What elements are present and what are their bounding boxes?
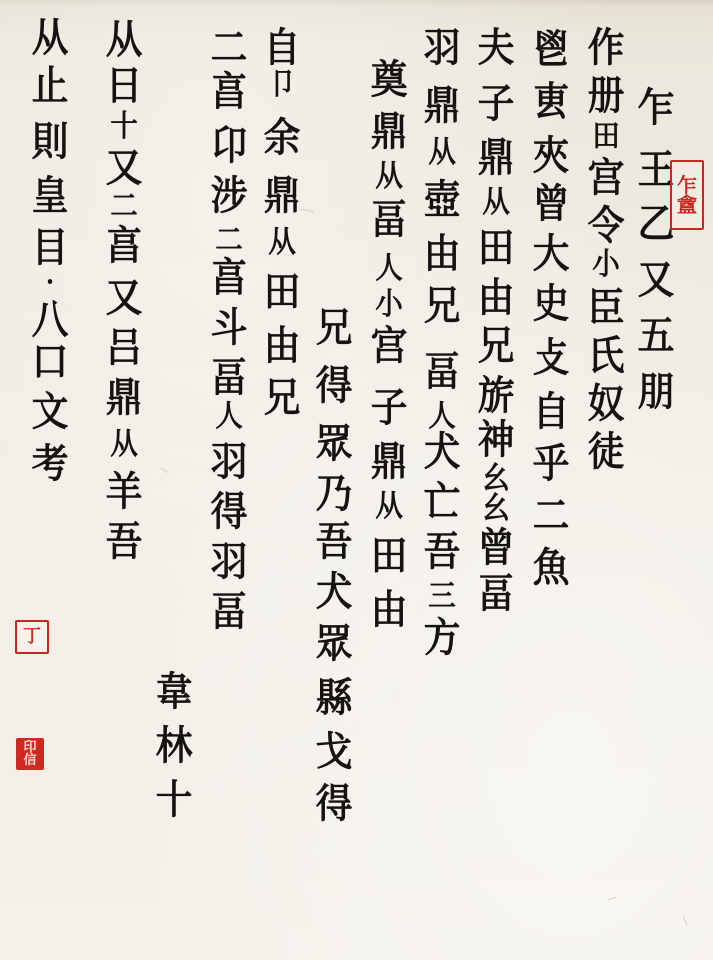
glyph: 羽: [424, 28, 461, 68]
glyph: 旂: [478, 376, 515, 416]
glyph: 二: [533, 496, 570, 536]
glyph: 兄: [316, 308, 353, 348]
glyph: 小: [592, 250, 620, 280]
glyph: 斗: [211, 308, 248, 348]
glyph: 二: [211, 28, 248, 68]
glyph: 从: [375, 162, 403, 192]
seal-character: 乍: [677, 175, 697, 195]
glyph: 亡: [424, 482, 461, 522]
glyph: 由: [478, 278, 515, 318]
glyph: 則: [32, 122, 69, 162]
glyph: 小: [375, 290, 403, 320]
glyph: 畐: [211, 358, 248, 398]
glyph: 乍: [638, 88, 675, 128]
glyph: 子: [478, 84, 515, 124]
glyph: 人: [375, 254, 403, 284]
text-column-6: 奠 鼎 从 畐 人 小 宫 子 鼎 从 田 由: [365, 60, 413, 630]
glyph: 亯: [211, 72, 248, 112]
glyph: 人: [215, 402, 243, 432]
glyph: 大: [533, 234, 570, 274]
glyph: 亯: [106, 226, 143, 266]
glyph: 由: [371, 590, 408, 630]
glyph: 乃: [316, 474, 353, 514]
glyph: 羊: [106, 472, 143, 512]
glyph: 日: [106, 66, 143, 106]
glyph: 鬯: [533, 30, 570, 70]
glyph: 由: [424, 234, 461, 274]
paper-fiber: [608, 897, 616, 901]
glyph: 王: [638, 150, 675, 190]
glyph: 畐: [371, 200, 408, 240]
text-column-2: 作 册 田 宫 令 小 臣 氏 奴 徒: [582, 28, 630, 472]
glyph: 吾: [316, 522, 353, 562]
glyph: 吕: [106, 328, 143, 368]
glyph: 亯: [211, 258, 248, 298]
glyph: 徒: [588, 432, 625, 472]
glyph: 册: [588, 76, 625, 116]
glyph: 由: [264, 326, 301, 366]
glyph: 奠: [371, 60, 408, 100]
glyph: 田: [371, 536, 408, 576]
seal-top-right: 乍 盦: [670, 160, 704, 230]
glyph: 夫: [478, 28, 515, 68]
glyph: 鼎: [264, 176, 301, 216]
glyph: 从: [482, 188, 510, 218]
glyph: 卬: [211, 126, 248, 166]
glyph: 兄: [424, 286, 461, 326]
glyph: 作: [588, 28, 625, 68]
glyph: 从: [106, 20, 143, 60]
glyph: 叀: [533, 82, 570, 122]
glyph: 三: [428, 582, 456, 612]
text-column-12: 从 止 則 皇 目 ・ 八 口 文 考: [26, 0, 74, 484]
glyph: 从: [428, 138, 456, 168]
glyph: 目: [32, 228, 69, 268]
glyph: 鼎: [478, 138, 515, 178]
glyph: 鼎: [424, 86, 461, 126]
glyph: 曾: [533, 184, 570, 224]
text-column-9: 二 亯 卬 涉 二 亯 斗 畐 人 羽 得 羽 畐: [205, 0, 253, 632]
glyph: 鼎: [106, 378, 143, 418]
glyph: 韋: [156, 672, 193, 712]
glyph: 令: [588, 206, 625, 246]
glyph: 眾: [316, 624, 353, 664]
seal-character: 丁: [23, 628, 41, 646]
glyph: 乎: [533, 444, 570, 484]
glyph: 兄: [478, 326, 515, 366]
glyph: 犬: [424, 432, 461, 472]
seal-left-middle: 丁: [15, 620, 49, 654]
glyph: 二: [215, 226, 243, 256]
glyph: 考: [32, 444, 69, 484]
glyph: 自: [264, 28, 301, 68]
glyph: 壺: [424, 180, 461, 220]
glyph: 神: [478, 420, 515, 460]
glyph: 止: [32, 66, 69, 106]
glyph: 自: [533, 392, 570, 432]
seal-bottom-left: 印 信: [16, 738, 44, 770]
glyph: 从: [110, 430, 138, 460]
glyph: 畐: [424, 352, 461, 392]
glyph: 攴: [533, 338, 570, 378]
text-column-1: 乍 王 乙 又 五 朋: [632, 88, 680, 412]
glyph: 鼎: [371, 112, 408, 152]
seal-character: 盦: [677, 195, 697, 215]
glyph: 魚: [533, 548, 570, 588]
text-column-5: 羽 鼎 从 壺 由 兄 畐 人 犬 亡 吾 三 方: [418, 28, 466, 658]
glyph: 奴: [588, 384, 625, 424]
glyph: 八: [32, 300, 69, 340]
glyph: 臣: [588, 288, 625, 328]
glyph: 朋: [638, 372, 675, 412]
glyph: 从: [32, 18, 69, 58]
glyph: 曾: [478, 528, 515, 568]
glyph: 畐: [211, 592, 248, 632]
glyph: 得: [316, 784, 353, 824]
glyph: 口: [32, 342, 69, 382]
glyph: 文: [32, 392, 69, 432]
text-column-8: 自 卩 余 鼎 从 田 由 兄: [258, 0, 306, 418]
glyph: 田: [478, 228, 515, 268]
glyph: 田: [264, 272, 301, 312]
glyph: 乙: [638, 204, 675, 244]
glyph: 卩: [268, 70, 296, 100]
glyph: 方: [424, 618, 461, 658]
glyph: 十: [110, 112, 138, 142]
glyph: 五: [638, 316, 675, 356]
glyph: 子: [371, 388, 408, 428]
glyph: 皇: [32, 176, 69, 216]
glyph: 幺: [482, 464, 510, 494]
glyph: 幺: [482, 494, 510, 524]
text-column-4: 夫 子 鼎 从 田 由 兄 旂 神 幺 幺 曾 畐: [472, 28, 520, 614]
glyph: 涉: [211, 176, 248, 216]
text-column-7: 兄 得 眾 乃 吾 犬 眾 縣 戈 得: [310, 0, 358, 824]
seal-character: 信: [23, 754, 36, 767]
glyph: 史: [533, 284, 570, 324]
glyph: 二: [110, 192, 138, 222]
glyph: 氏: [588, 336, 625, 376]
calligraphy-paper: 乍 王 乙 又 五 朋 作 册 田 宫 令 小 臣 氏 奴 徒 鬯 叀 夾 曾 …: [0, 0, 713, 960]
glyph: 羽: [211, 542, 248, 582]
glyph: 又: [638, 260, 675, 300]
glyph: 縣: [316, 678, 353, 718]
glyph: 羽: [211, 442, 248, 482]
paper-fiber: [683, 916, 687, 926]
glyph: 又: [106, 148, 143, 188]
glyph: 从: [268, 228, 296, 258]
glyph: 从: [375, 492, 403, 522]
glyph: 夾: [533, 136, 570, 176]
glyph: 又: [106, 278, 143, 318]
text-column-11: 从 日 十 又 二 亯 又 吕 鼎 从 羊 吾: [100, 0, 148, 562]
glyph: 吾: [106, 522, 143, 562]
glyph: 十: [156, 780, 193, 820]
glyph: 宫: [371, 326, 408, 366]
glyph: 吾: [424, 532, 461, 572]
glyph: 宫: [588, 158, 625, 198]
glyph: 得: [211, 492, 248, 532]
glyph: 犬: [316, 572, 353, 612]
glyph: ・: [40, 272, 60, 294]
glyph: 田: [592, 122, 620, 152]
glyph: 得: [316, 366, 353, 406]
glyph: 余: [264, 118, 301, 158]
glyph: 戈: [316, 732, 353, 772]
glyph: 兄: [264, 378, 301, 418]
text-column-10: 韋 林 十: [150, 0, 198, 820]
glyph: 畐: [478, 574, 515, 614]
glyph: 林: [156, 726, 193, 766]
text-column-3: 鬯 叀 夾 曾 大 史 攴 自 乎 二 魚: [527, 30, 575, 588]
glyph: 鼎: [371, 442, 408, 482]
glyph: 眾: [316, 424, 353, 464]
